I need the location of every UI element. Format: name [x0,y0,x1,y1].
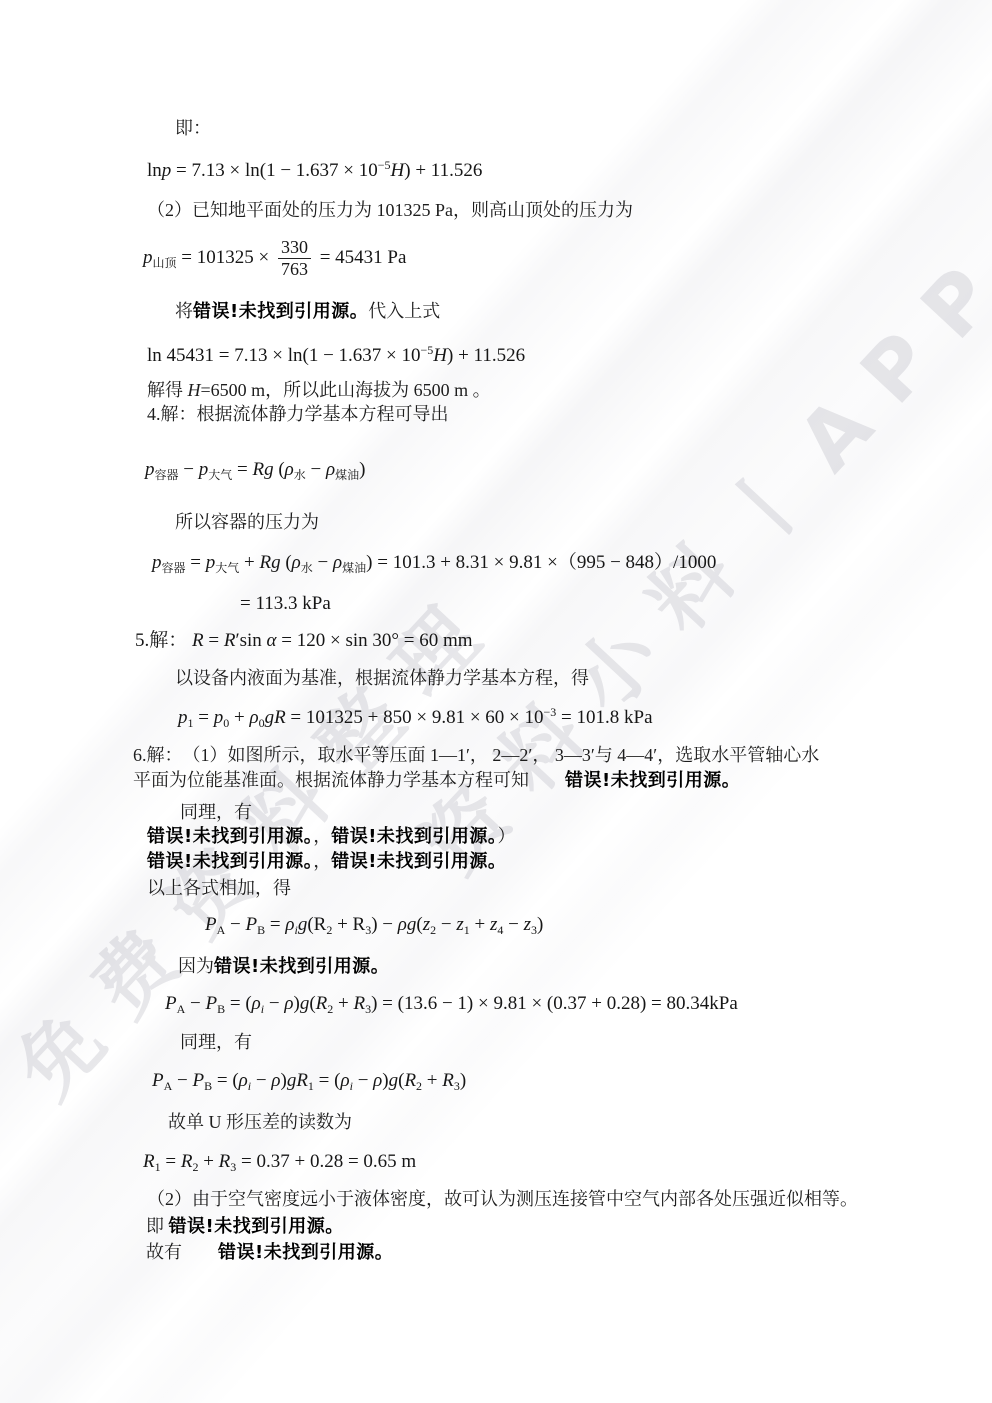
formula-p-mountain: p山顶 = 101325 × 330763 = 45431 Pa [143,238,406,279]
line-5-head: 5.解： R = R′sin α = 120 × sin 30° = 60 mm [135,629,473,653]
text-segment: ρ [285,459,294,480]
text-segment: = 101325 + 850 × 9.81 × 60 × 10 [286,707,544,728]
text-segment: 解得 [147,380,188,400]
line-solve-h: 解得 H=6500 m，所以此山海拔为 6500 m 。 [147,379,491,402]
text-segment: ) [537,914,543,935]
line-so4: 所以容器的压力为 [175,511,319,534]
text-segment: − [225,914,245,935]
formula-ln45431: ln 45431 = 7.13 × ln(1 − 1.637 × 10−5H) … [147,343,525,368]
text-segment: z [456,914,463,935]
text-segment [182,1242,218,1262]
text-segment: 错误!未找到引用源。 [147,826,313,847]
text-segment: ( [281,552,292,573]
text-segment: (R [307,914,326,935]
line-5-base: 以设备内液面为基准，根据流体静力学基本方程，得 [175,667,589,690]
text-segment: = [161,1151,181,1172]
text-segment: = 45431 Pa [315,247,406,268]
text-segment: p [178,707,188,728]
text-segment: 错误!未找到引用源。 [565,770,740,791]
text-segment: =6500 m，所以此山海拔为 6500 m 。 [201,380,491,400]
text-segment: = ( [314,1070,341,1091]
text-segment: B [217,1002,225,1016]
text-segment: − [251,1070,271,1091]
text-segment: −5 [421,343,434,357]
line-addup: 以上各式相加，得 [147,877,291,900]
text-segment: 水 [294,468,306,482]
text-segment: −5 [378,158,391,172]
text-segment: ( [274,459,285,480]
text-segment: α [267,630,277,651]
text-segment: ) [460,1070,466,1091]
text-segment: − [185,993,205,1014]
text-segment: − [172,1070,192,1091]
formula-eqR1: R1 = R2 + R3 = 0.37 + 0.28 = 0.65 m [143,1150,416,1175]
text-segment: ， [313,851,331,871]
text-segment: 错误!未找到引用源。 [147,851,313,872]
text-segment: A [217,923,226,937]
formula-eqA3: PA − PB = (ρi − ρ)gR1 = (ρi − ρ)g(R2 + R… [152,1069,466,1094]
text-segment: 即 [146,1216,169,1236]
text-segment: p [145,459,155,480]
text-segment: ′sin [235,630,266,651]
text-segment: z [524,914,531,935]
text-segment: + R [332,914,365,935]
text-segment: 平面为位能基准面。根据流体静力学基本方程可知 [133,770,529,790]
text-segment: = 101.8 kPa [556,707,652,728]
text-segment: + [422,1070,442,1091]
line-gudan: 故单 U 形压差的读数为 [168,1111,352,1134]
text-segment: = [194,707,214,728]
line-tongli-2: 同理，有 [180,1031,252,1054]
text-segment: = [186,552,206,573]
text-segment: ρ [373,1070,382,1091]
line-guyou: 故有 错误!未找到引用源。 [146,1241,393,1265]
line-6-1: 6.解： （1）如图所示，取水平等压面 1—1′， 2—2′， 3—3′与 4—… [133,744,819,767]
text-segment: ρ [340,1070,349,1091]
text-segment: 大气 [215,561,239,575]
text-segment: 错误!未找到引用源。 [331,851,506,872]
line-tongli-1: 同理，有 [180,801,252,824]
text-segment: R [442,1070,454,1091]
text-segment: 错误!未找到引用源。 [218,1242,393,1263]
text-segment: ) − [371,914,398,935]
text-segment: p [199,459,209,480]
line-error-2: 错误!未找到引用源。，错误!未找到引用源。 [147,850,506,874]
text-segment: 山顶 [153,256,177,270]
text-segment: + [229,707,249,728]
text-segment: 错误!未找到引用源。 [331,826,497,847]
line-p2-known: （2）已知地平面处的压力为 101325 Pa，则高山顶处的压力为 [147,199,633,222]
line-ji-2: 即 错误!未找到引用源。 [146,1215,344,1239]
text-segment: P [193,1070,205,1091]
text-segment: gR [265,707,286,728]
text-segment: − [353,1070,373,1091]
text-segment: ) = (13.6 − 1) × 9.81 × (0.37 + 0.28) = … [371,993,738,1014]
text-segment: A [164,1079,173,1093]
text-segment: = 120 × sin 30° = 60 mm [277,630,473,651]
text-segment: − [264,993,284,1014]
text-segment: g [300,993,310,1014]
text-segment: − [179,459,199,480]
text-segment: p [162,160,172,181]
text-segment: + [239,552,259,573]
text-segment: 煤油 [342,561,366,575]
text-segment: R [224,630,236,651]
text-segment: = ( [225,993,252,1014]
text-segment: = 101325 × [177,247,274,268]
text-segment: ρ [239,1070,248,1091]
text-segment: P [165,993,177,1014]
text-segment: = [232,459,252,480]
text-segment: 煤油 [335,468,359,482]
text-segment: ln 45431 = 7.13 × ln(1 − 1.637 × 10 [147,345,421,366]
text-segment: ρ [292,552,301,573]
text-segment: = [204,630,224,651]
text-segment: ， [313,826,331,846]
text-segment: R [192,630,204,651]
text-segment: 大气 [208,468,232,482]
text-segment: ρ [326,459,335,480]
text-segment: B [257,923,265,937]
text-segment: P [246,914,258,935]
formula-eqA1: PA − PB = ρig(R2 + R3) − ρg(z2 − z1 + z4… [205,913,543,938]
text-segment: + [470,914,490,935]
text-segment: 将 [175,301,193,321]
text-segment: = ( [212,1070,239,1091]
text-segment: ρ [333,552,342,573]
text-segment: p [143,247,153,268]
text-segment: H [391,160,405,181]
line-error-1: 错误!未找到引用源。，错误!未找到引用源。） [147,825,515,849]
text-segment: A [177,1002,186,1016]
line-part2: （2）由于空气密度远小于液体密度，故可认为测压连接管中空气内部各处压强近似相等。 [147,1188,858,1211]
text-segment: 错误!未找到引用源。 [193,301,368,322]
line-yinwei: 因为错误!未找到引用源。 [178,955,389,979]
line-ji: 即： [175,117,211,140]
text-segment: 故有 [146,1242,182,1262]
text-segment: ) = 101.3 + 8.31 × 9.81 ×（995 − 848）/100… [366,552,716,573]
line-6-2: 平面为位能基准面。根据流体静力学基本方程可知 错误!未找到引用源。 [133,769,740,793]
line-4-head: 4.解：根据流体静力学基本方程可导出 [147,403,449,426]
fraction: 330763 [278,238,311,279]
text-segment: − [306,459,326,480]
text-segment: 容器 [155,468,179,482]
text-segment: R [353,993,365,1014]
text-segment: = [265,914,285,935]
formula-eq4b: p容器 = p大气 + Rg (ρ水 − ρ煤油) = 101.3 + 8.31… [152,551,716,576]
text-segment: p [206,552,216,573]
solution-text-body: 即： lnp = 7.13 × ln(1 − 1.637 × 10−5H) + … [0,0,992,1403]
text-segment: 5.解： [135,630,192,651]
text-segment: gR [287,1070,308,1091]
text-segment: − [503,914,523,935]
line-substitute: 将错误!未找到引用源。代入上式 [175,300,440,324]
text-segment: 因为 [178,956,214,976]
text-segment: P [152,1070,164,1091]
text-segment: ln [147,160,162,181]
text-segment: = 0.37 + 0.28 = 0.65 m [236,1151,416,1172]
text-segment: ） [497,826,515,846]
text-segment: = 7.13 × ln(1 − 1.637 × 10 [171,160,377,181]
text-segment: − [313,552,333,573]
document-page: 免费资料整理 资料小料丨APP 即： lnp = 7.13 × ln(1 − 1… [0,0,992,1403]
formula-eq4a: p容器 − p大气 = Rg (ρ水 − ρ煤油) [145,458,365,483]
text-segment [529,770,565,790]
text-segment: ρg [398,914,417,935]
formula-lnp: lnp = 7.13 × ln(1 − 1.637 × 10−5H) + 11.… [147,158,482,183]
formula-eqA2: PA − PB = (ρi − ρ)g(R2 + R3) = (13.6 − 1… [165,992,738,1017]
text-segment: − [436,914,456,935]
text-segment: Rg [252,459,273,480]
formula-eq4c: = 113.3 kPa [240,592,331,616]
text-segment: 容器 [162,561,186,575]
text-segment: P [205,914,217,935]
text-segment: B [204,1079,212,1093]
text-segment: R [404,1070,416,1091]
text-segment: + [198,1151,218,1172]
formula-eq5: p1 = p0 + ρ0gR = 101325 + 850 × 9.81 × 6… [178,705,653,731]
text-segment: 水 [301,561,313,575]
text-segment: H [433,345,447,366]
text-segment: R [316,993,328,1014]
text-segment: 错误!未找到引用源。 [214,956,389,977]
text-segment: R [219,1151,231,1172]
text-segment: ρ [252,993,261,1014]
text-segment: ) + 11.526 [404,160,482,181]
text-segment: p [214,707,224,728]
text-segment: R [181,1151,193,1172]
text-segment: 错误!未找到引用源。 [169,1216,344,1237]
text-segment: ρ [249,707,258,728]
text-segment: R [143,1151,155,1172]
text-segment: p [152,552,162,573]
text-segment: P [206,993,218,1014]
text-segment: Rg [259,552,280,573]
text-segment: 代入上式 [368,301,440,321]
text-segment: ) + 11.526 [447,345,525,366]
text-segment: g [389,1070,399,1091]
text-segment: z [423,914,430,935]
text-segment: ) [359,459,365,480]
text-segment: g [298,914,308,935]
text-segment: + [333,993,353,1014]
text-segment: H [188,380,201,400]
text-segment: −3 [544,705,557,719]
